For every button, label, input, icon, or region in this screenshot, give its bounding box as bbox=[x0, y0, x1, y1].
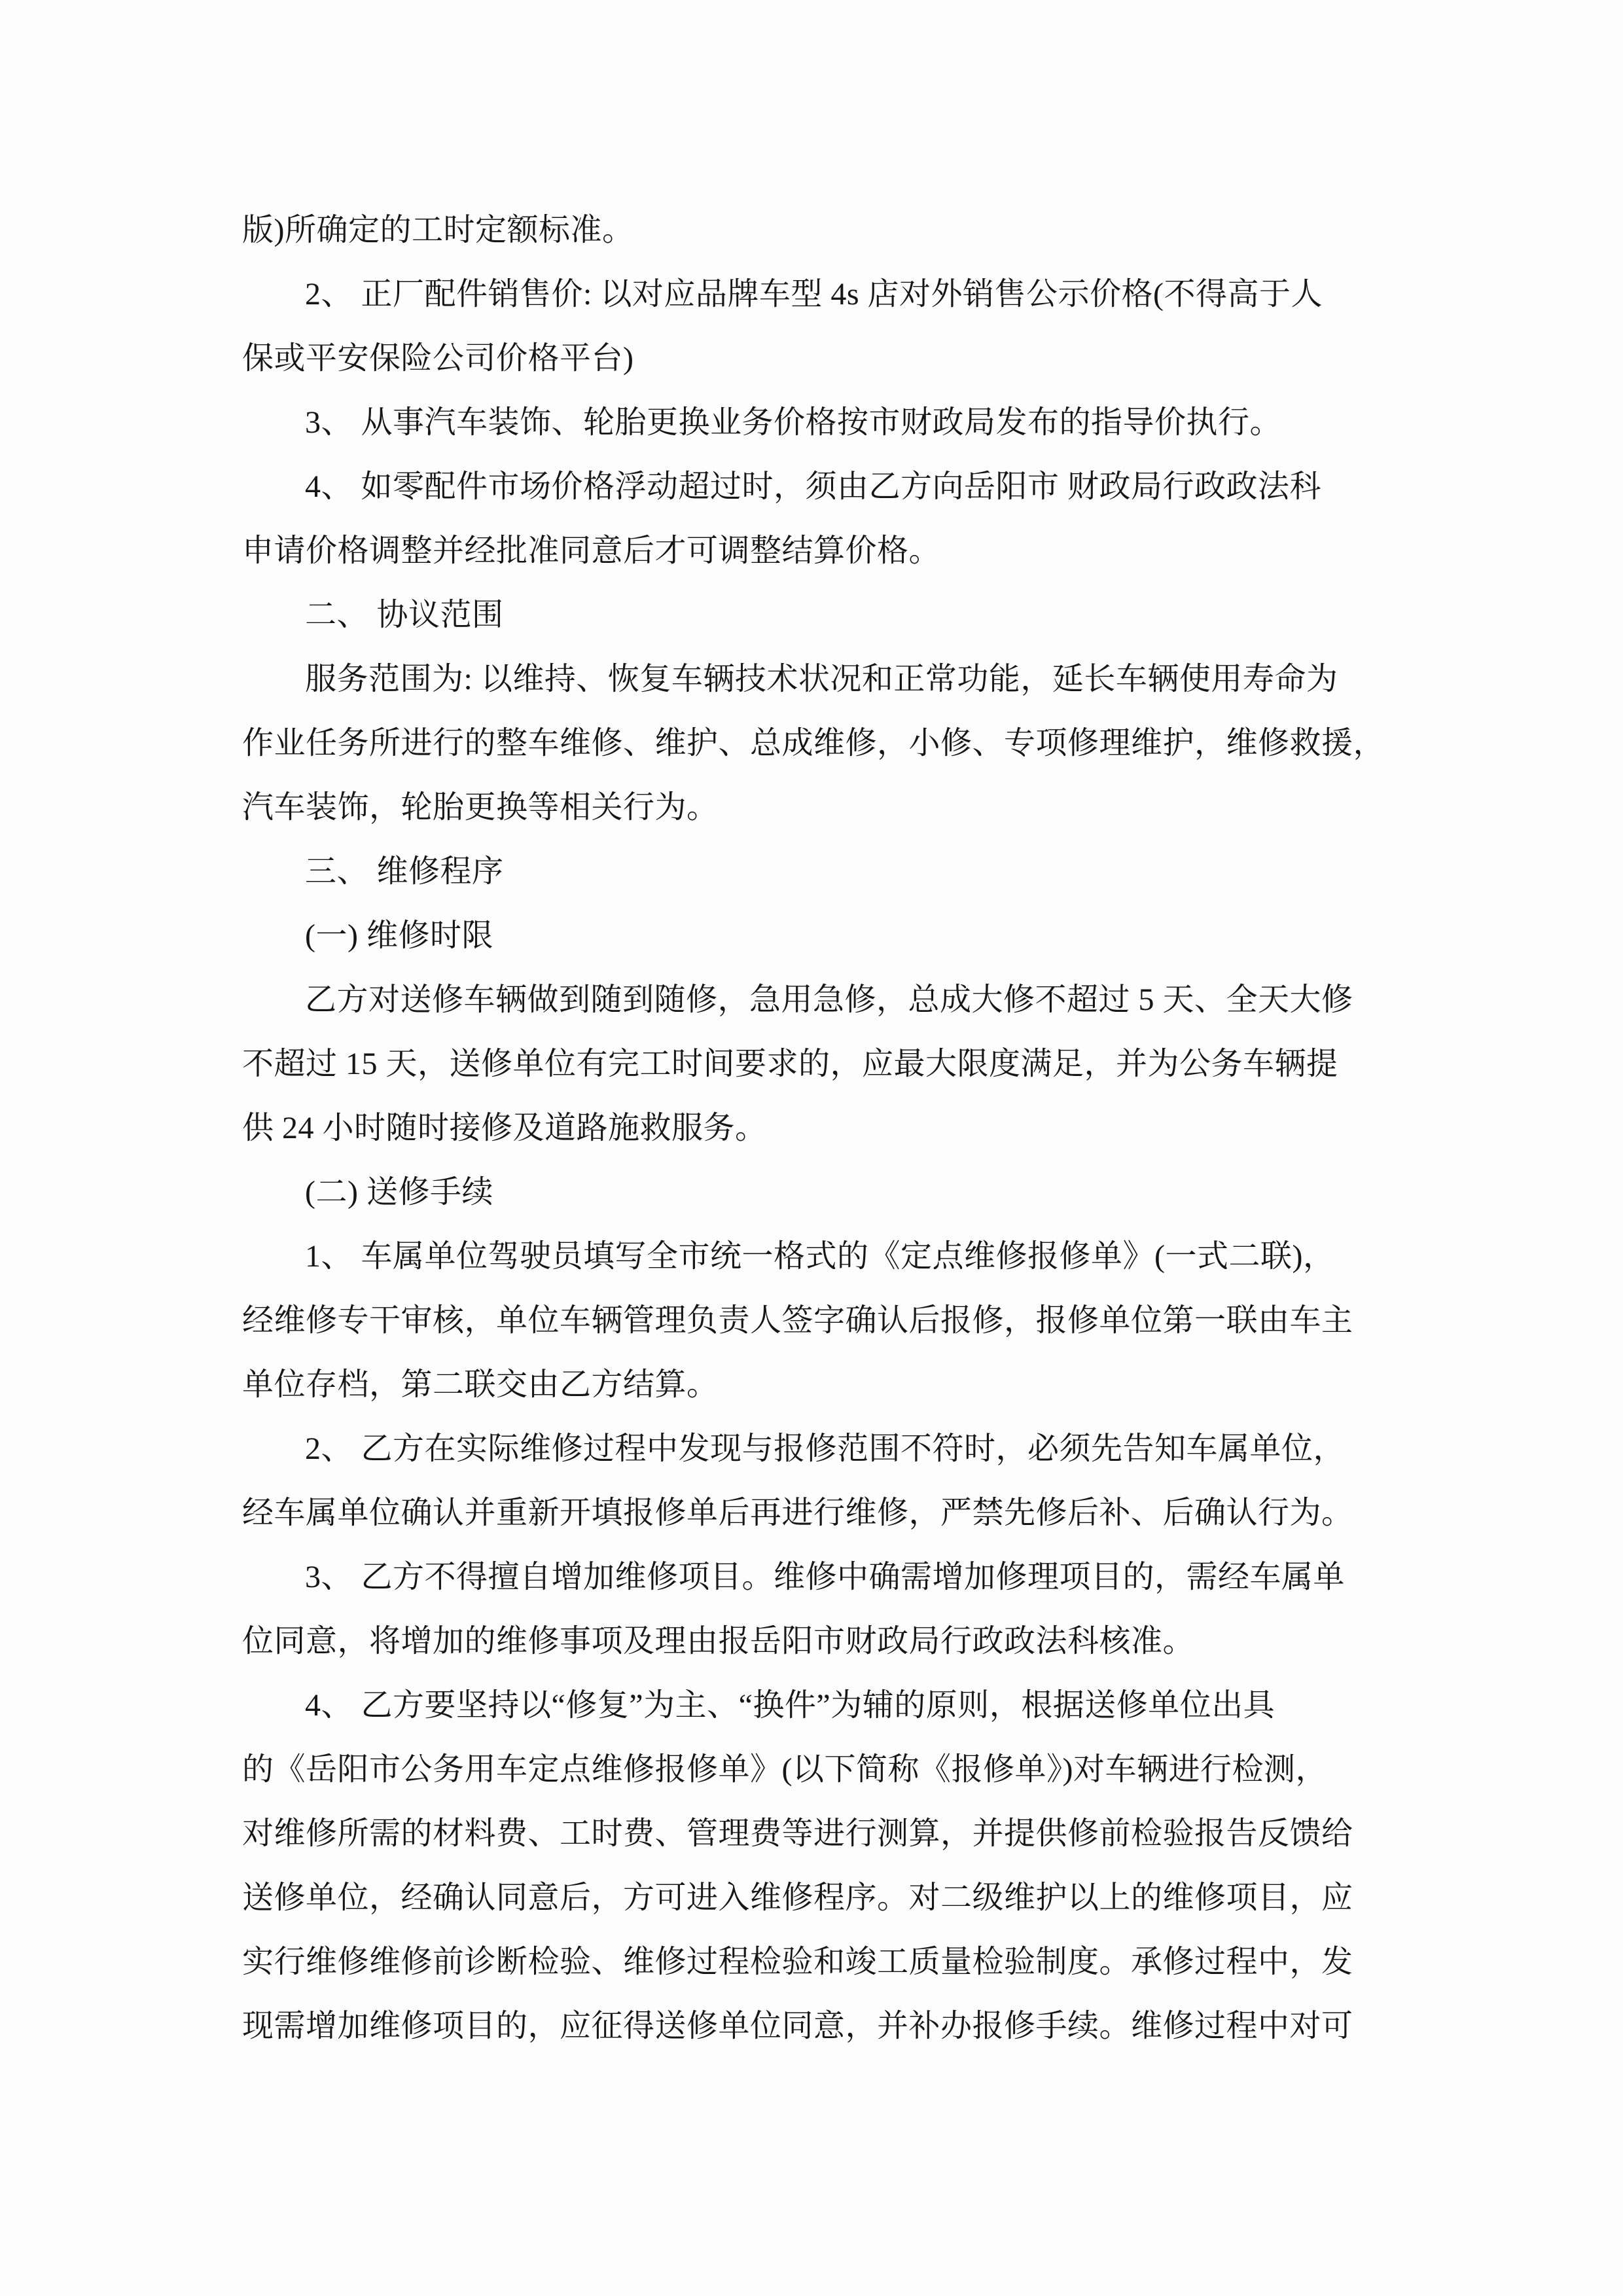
text-line: 乙方对送修车辆做到随到随修，急用急修，总成大修不超过 5 天、全天大修 bbox=[242, 968, 1384, 1032]
text-line: 版)所确定的工时定额标准。 bbox=[242, 198, 1384, 262]
text-line: 经维修专干审核，单位车辆管理负责人签字确认后报修，报修单位第一联由车主 bbox=[242, 1289, 1384, 1353]
text-line: 供 24 小时随时接修及道路施救服务。 bbox=[242, 1096, 1384, 1160]
document-page: 版)所确定的工时定额标准。2、 正厂配件销售价: 以对应品牌车型 4s 店对外销… bbox=[0, 0, 1623, 2296]
text-line: (一) 维修时限 bbox=[242, 904, 1384, 968]
text-line: 的《岳阳市公务用车定点维修报修单》(以下简称《报修单》)对车辆进行检测， bbox=[242, 1738, 1384, 1802]
text-line: 2、 正厂配件销售价: 以对应品牌车型 4s 店对外销售公示价格(不得高于人 bbox=[242, 262, 1384, 327]
text-line: 作业任务所进行的整车维修、维护、总成维修，小修、专项修理维护，维修救援， bbox=[242, 711, 1384, 776]
text-line: 3、 从事汽车装饰、轮胎更换业务价格按市财政局发布的指导价执行。 bbox=[242, 391, 1384, 455]
text-line: 三、 维修程序 bbox=[242, 840, 1384, 904]
document-text-block: 版)所确定的工时定额标准。2、 正厂配件销售价: 以对应品牌车型 4s 店对外销… bbox=[242, 198, 1384, 2058]
text-line: 位同意，将增加的维修事项及理由报岳阳市财政局行政政法科核准。 bbox=[242, 1609, 1384, 1674]
text-line: 现需增加维修项目的，应征得送修单位同意，并补办报修手续。维修过程中对可 bbox=[242, 1994, 1384, 2058]
text-line: 4、 如零配件市场价格浮动超过时，须由乙方向岳阳市 财政局行政政法科 bbox=[242, 455, 1384, 519]
text-line: 实行维修维修前诊断检验、维修过程检验和竣工质量检验制度。承修过程中，发 bbox=[242, 1930, 1384, 1994]
text-line: 申请价格调整并经批准同意后才可调整结算价格。 bbox=[242, 519, 1384, 583]
text-line: 3、 乙方不得擅自增加维修项目。维修中确需增加修理项目的，需经车属单 bbox=[242, 1545, 1384, 1609]
text-line: 汽车装饰，轮胎更换等相关行为。 bbox=[242, 776, 1384, 840]
text-line: 2、 乙方在实际维修过程中发现与报修范围不符时，必须先告知车属单位， bbox=[242, 1417, 1384, 1481]
text-line: 保或平安保险公司价格平台) bbox=[242, 327, 1384, 391]
text-line: 4、 乙方要坚持以“修复”为主、“换件”为辅的原则，根据送修单位出具 bbox=[242, 1674, 1384, 1738]
text-line: 二、 协议范围 bbox=[242, 583, 1384, 647]
text-line: 对维修所需的材料费、工时费、管理费等进行测算，并提供修前检验报告反馈给 bbox=[242, 1802, 1384, 1866]
text-line: 服务范围为: 以维持、恢复车辆技术状况和正常功能，延长车辆使用寿命为 bbox=[242, 647, 1384, 711]
text-line: 送修单位，经确认同意后，方可进入维修程序。对二级维护以上的维修项目，应 bbox=[242, 1866, 1384, 1930]
text-line: (二) 送修手续 bbox=[242, 1160, 1384, 1225]
text-line: 经车属单位确认并重新开填报修单后再进行维修，严禁先修后补、后确认行为。 bbox=[242, 1481, 1384, 1545]
text-line: 1、 车属单位驾驶员填写全市统一格式的《定点维修报修单》(一式二联)， bbox=[242, 1225, 1384, 1289]
text-line: 单位存档，第二联交由乙方结算。 bbox=[242, 1353, 1384, 1417]
text-line: 不超过 15 天，送修单位有完工时间要求的，应最大限度满足，并为公务车辆提 bbox=[242, 1032, 1384, 1096]
